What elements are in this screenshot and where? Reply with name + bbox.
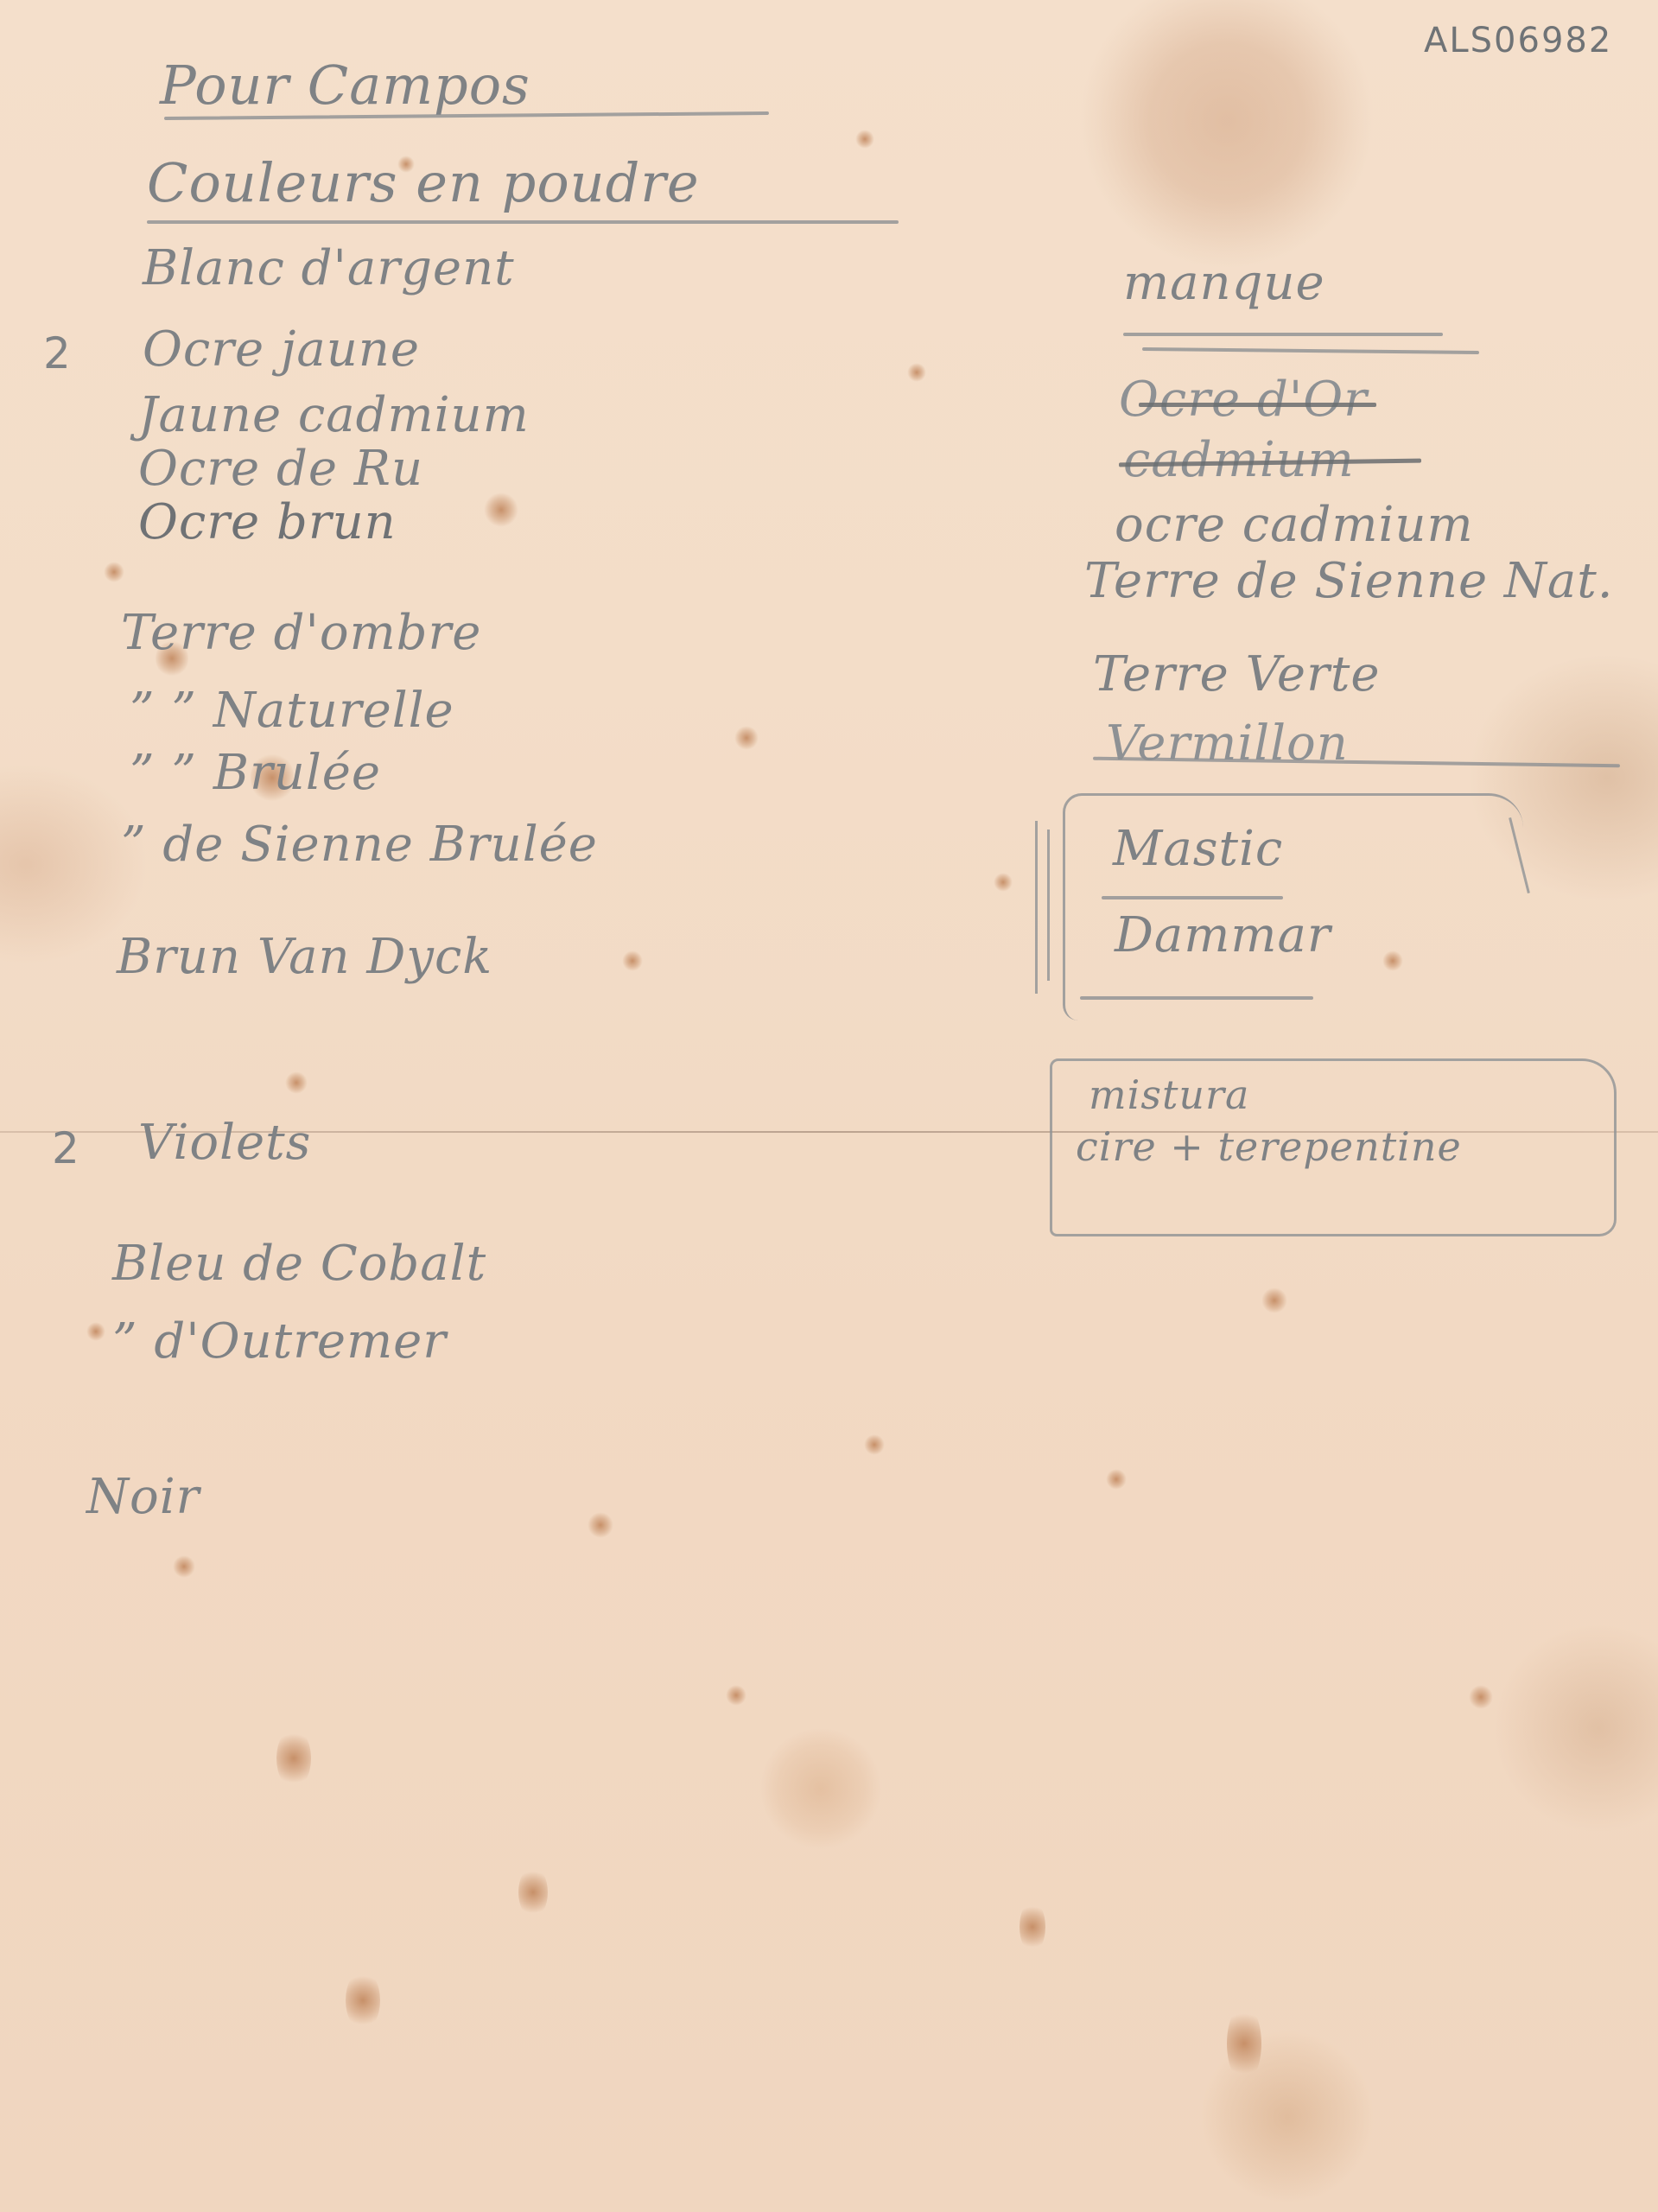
list-item: Violets [138,1115,311,1171]
list-item: Ocre brun [138,494,397,550]
list-item: Blanc d'argent [143,240,515,296]
heading-underline-2 [1142,347,1479,354]
strikethrough-line [1139,403,1376,407]
list-item: ” de Sienne Brulée [121,817,598,873]
mixture-note-line-1: mistura [1089,1071,1249,1118]
mixture-note-line-2: cire + terepentine [1076,1123,1462,1170]
boxed-item-underline [1080,996,1313,1000]
list-item: Bleu de Cobalt [112,1236,486,1292]
list-item: Terre d'ombre [121,605,481,661]
archive-reference-code: ALS06982 [1424,21,1612,60]
boxed-item: Mastic [1113,821,1283,877]
title-line-2: Couleurs en poudre [147,151,700,214]
title-line-1: Pour Campos [160,54,530,117]
margin-bar [1047,829,1050,981]
list-item: ” d'Outremer [112,1313,447,1370]
margin-bar [1035,821,1038,994]
missing-heading: manque [1123,255,1325,311]
boxed-item: Dammar [1115,907,1331,963]
list-item: ” ” Naturelle [130,683,454,739]
list-item: Ocre jaune [143,321,420,378]
boxed-item-underline [1102,896,1283,899]
list-item: Jaune cadmium [138,387,530,443]
list-item: Brun Van Dyck [117,929,492,985]
missing-item: Terre Verte [1093,646,1380,702]
quantity-label: 2 [52,1123,79,1173]
list-item: ” ” Brulée [130,745,381,801]
list-item: Ocre de Ru [138,441,423,497]
missing-item: ocre cadmium [1115,497,1474,553]
missing-item: Terre de Sienne Nat. [1084,553,1614,609]
missing-item-struck: Ocre d'Or [1119,372,1368,428]
title-underline-2 [147,220,899,224]
document-page: ALS06982 Pour Campos Couleurs en poudre … [0,0,1658,2212]
heading-underline-1 [1123,333,1443,336]
quantity-label: 2 [43,328,71,378]
list-item: Noir [86,1469,200,1525]
